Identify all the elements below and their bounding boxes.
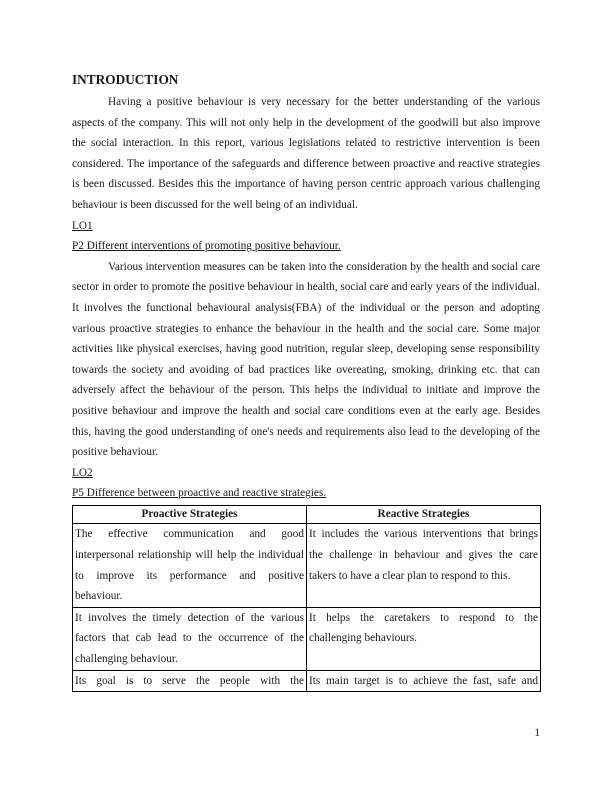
proactive-cell: It involves the timely detection of the …	[73, 607, 307, 670]
reactive-cell: It helps the caretakers to respond to th…	[307, 607, 541, 670]
p2-paragraph: Various intervention measures can be tak…	[72, 257, 540, 463]
lo2-label: LO2	[72, 463, 540, 484]
page-number: 1	[534, 727, 540, 739]
proactive-cell: Its goal is to serve the people with the	[73, 670, 307, 692]
proactive-cell: The effective communication and good int…	[73, 524, 307, 607]
p5-subheading: P5 Difference between proactive and reac…	[72, 483, 540, 504]
table-row: Its goal is to serve the people with the…	[73, 670, 541, 692]
strategies-comparison-table: Proactive Strategies Reactive Strategies…	[72, 505, 541, 692]
section-heading-introduction: INTRODUCTION	[72, 70, 540, 92]
reactive-cell: Its main target is to achieve the fast, …	[307, 670, 541, 692]
p2-subheading: P2 Different interventions of promoting …	[72, 236, 540, 257]
reactive-cell: It includes the various interventions th…	[307, 524, 541, 607]
table-row: The effective communication and good int…	[73, 524, 541, 607]
table-row: It involves the timely detection of the …	[73, 607, 541, 670]
header-proactive: Proactive Strategies	[73, 505, 307, 524]
lo1-label: LO1	[72, 216, 540, 237]
table-header-row: Proactive Strategies Reactive Strategies	[73, 505, 541, 524]
header-reactive: Reactive Strategies	[307, 505, 541, 524]
intro-paragraph: Having a positive behaviour is very nece…	[72, 92, 540, 216]
document-page: INTRODUCTION Having a positive behaviour…	[72, 70, 540, 692]
